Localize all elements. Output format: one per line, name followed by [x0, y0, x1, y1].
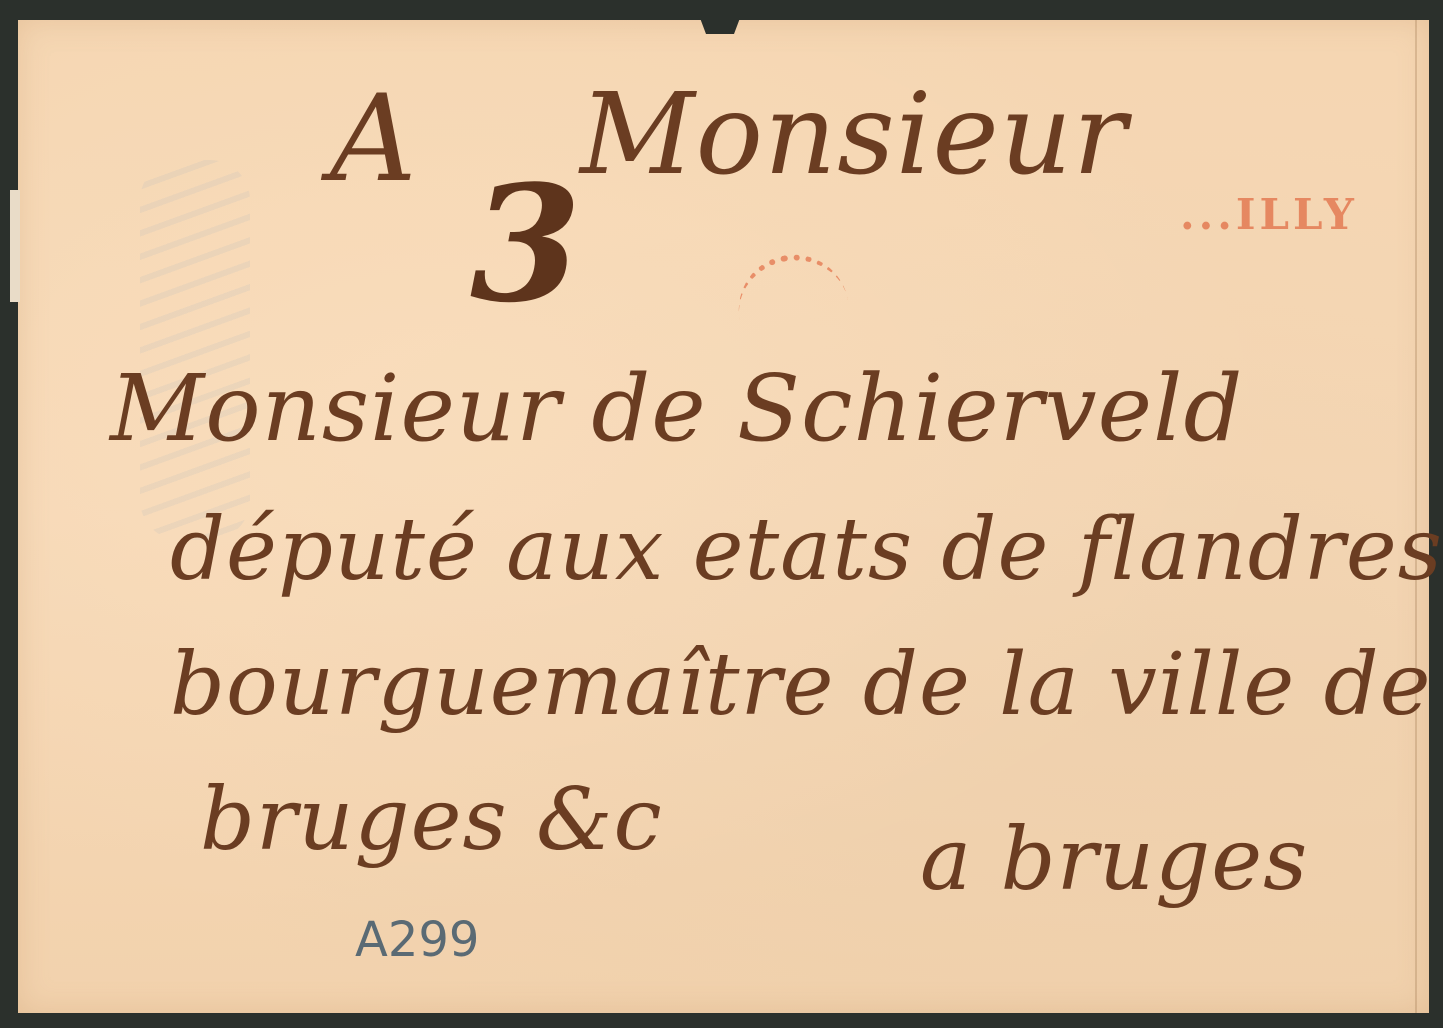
red-postmark: ...ILLY: [1180, 190, 1358, 239]
catalog-note: A299: [355, 912, 479, 968]
postage-rate-mark: 3: [470, 150, 582, 338]
address-line-2: député aux etats de flandres: [170, 500, 1443, 600]
torn-notch: [700, 18, 740, 34]
address-title: Monsieur: [580, 70, 1128, 200]
flap-edge: [10, 190, 20, 302]
address-line-4: bruges &c: [200, 770, 663, 870]
address-line-3: bourguemaître de la ville de: [170, 635, 1432, 735]
destination: a bruges: [920, 810, 1308, 910]
address-line-1: Monsieur de Schierveld: [110, 355, 1243, 462]
faded-bleed-through-writing: [140, 160, 250, 540]
address-prefix: A: [330, 70, 418, 209]
